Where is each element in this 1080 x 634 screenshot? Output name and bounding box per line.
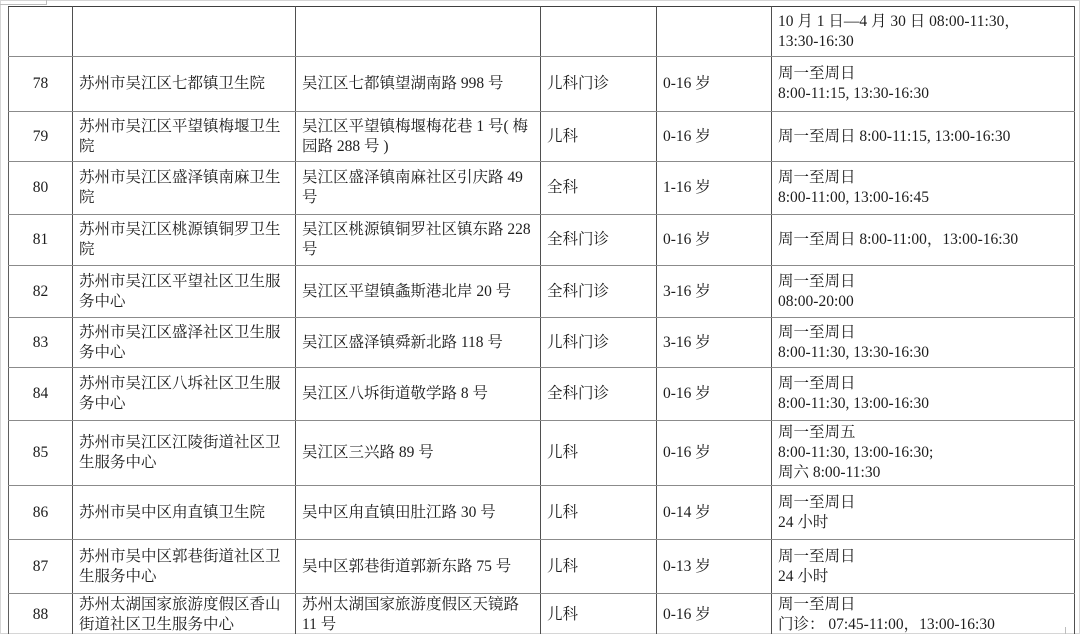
cell-no: 79 [9, 112, 73, 162]
cell-name: 苏州市吴江区盛泽社区卫生服务中心 [73, 318, 296, 368]
crop-artifact-top-left [0, 0, 47, 5]
cell-no: 84 [9, 368, 73, 421]
cell-department: 儿科门诊 [541, 318, 657, 368]
cell-address: 吴江区盛泽镇舜新北路 118 号 [296, 318, 541, 368]
cell-age: 1-16 岁 [657, 162, 772, 215]
cell-age: 0-13 岁 [657, 540, 772, 594]
cell-name: 苏州市吴江区平望社区卫生服务中心 [73, 266, 296, 318]
cell-no: 78 [9, 57, 73, 112]
cell-no: 82 [9, 266, 73, 318]
table-row: 79 苏州市吴江区平望镇梅堰卫生院 吴江区平望镇梅堰梅花巷 1 号( 梅园路 2… [9, 112, 1075, 162]
cell-department: 儿科 [541, 486, 657, 540]
cell-age: 0-16 岁 [657, 421, 772, 486]
cell-no: 83 [9, 318, 73, 368]
cell-name: 苏州太湖国家旅游度假区香山街道社区卫生服务中心 [73, 594, 296, 634]
cell-schedule: 周一至周日 8:00-11:00, 13:00-16:45 [772, 162, 1075, 215]
table-row: 82 苏州市吴江区平望社区卫生服务中心 吴江区平望镇螽斯港北岸 20 号 全科门… [9, 266, 1075, 318]
table-row: 80 苏州市吴江区盛泽镇南麻卫生院 吴江区盛泽镇南麻社区引庆路 49 号 全科 … [9, 162, 1075, 215]
cell-no: 80 [9, 162, 73, 215]
table-row: 87 苏州市吴中区郭巷街道社区卫生服务中心 吴中区郭巷街道郭新东路 75 号 儿… [9, 540, 1075, 594]
cell-age: 0-14 岁 [657, 486, 772, 540]
cell-name: 苏州市吴江区江陵街道社区卫生服务中心 [73, 421, 296, 486]
cell-address: 吴江区七都镇望湖南路 998 号 [296, 57, 541, 112]
cell-address [296, 7, 541, 57]
cell-department: 全科门诊 [541, 266, 657, 318]
cell-address: 吴中区郭巷街道郭新东路 75 号 [296, 540, 541, 594]
cell-name: 苏州市吴中区郭巷街道社区卫生服务中心 [73, 540, 296, 594]
cell-department: 儿科 [541, 540, 657, 594]
cell-address: 吴江区平望镇螽斯港北岸 20 号 [296, 266, 541, 318]
cell-department: 全科门诊 [541, 215, 657, 266]
cell-age: 0-16 岁 [657, 594, 772, 634]
cell-department: 儿科 [541, 594, 657, 634]
clinic-schedule-table: 10 月 1 日—4 月 30 日 08:00-11:30， 13:30-16:… [8, 6, 1075, 634]
cell-name: 苏州市吴江区八坼社区卫生服务中心 [73, 368, 296, 421]
table-row-partial: 10 月 1 日—4 月 30 日 08:00-11:30， 13:30-16:… [9, 7, 1075, 57]
cell-age: 0-16 岁 [657, 215, 772, 266]
table-row: 84 苏州市吴江区八坼社区卫生服务中心 吴江区八坼街道敬学路 8 号 全科门诊 … [9, 368, 1075, 421]
cell-address: 吴江区桃源镇铜罗社区镇东路 228 号 [296, 215, 541, 266]
cell-schedule: 周一至周五 8:00-11:30, 13:00-16:30; 周六 8:00-1… [772, 421, 1075, 486]
cell-schedule: 周一至周日 24 小时 [772, 486, 1075, 540]
cell-no [9, 7, 73, 57]
cell-age: 3-16 岁 [657, 318, 772, 368]
cell-schedule: 周一至周日 24 小时 [772, 540, 1075, 594]
cell-address: 吴江区三兴路 89 号 [296, 421, 541, 486]
cell-schedule: 周一至周日 8:00-11:30, 13:00-16:30 [772, 368, 1075, 421]
table-row: 88 苏州太湖国家旅游度假区香山街道社区卫生服务中心 苏州太湖国家旅游度假区天镜… [9, 594, 1075, 634]
cell-no: 81 [9, 215, 73, 266]
cell-schedule: 周一至周日 8:00-11:00，13:00-16:30 [772, 215, 1075, 266]
cell-department: 儿科 [541, 112, 657, 162]
cell-name: 苏州市吴江区平望镇梅堰卫生院 [73, 112, 296, 162]
cell-age: 0-16 岁 [657, 57, 772, 112]
cell-name: 苏州市吴江区桃源镇铜罗卫生院 [73, 215, 296, 266]
cell-department: 全科门诊 [541, 368, 657, 421]
cell-no: 88 [9, 594, 73, 634]
cell-name: 苏州市吴江区七都镇卫生院 [73, 57, 296, 112]
cell-schedule: 周一至周日 门诊： 07:45-11:00，13:00-16:30 [772, 594, 1075, 634]
clinic-table-body: 10 月 1 日—4 月 30 日 08:00-11:30， 13:30-16:… [9, 7, 1075, 634]
cell-department: 儿科门诊 [541, 57, 657, 112]
table-row: 86 苏州市吴中区甪直镇卫生院 吴中区甪直镇田肚江路 30 号 儿科 0-14 … [9, 486, 1075, 540]
cell-no: 86 [9, 486, 73, 540]
cell-schedule: 周一至周日 8:00-11:30, 13:30-16:30 [772, 318, 1075, 368]
cell-age: 0-16 岁 [657, 112, 772, 162]
cell-age [657, 7, 772, 57]
cell-age: 3-16 岁 [657, 266, 772, 318]
cell-address: 吴江区盛泽镇南麻社区引庆路 49 号 [296, 162, 541, 215]
cell-department: 全科 [541, 162, 657, 215]
cell-no: 87 [9, 540, 73, 594]
cell-name: 苏州市吴中区甪直镇卫生院 [73, 486, 296, 540]
table-row: 78 苏州市吴江区七都镇卫生院 吴江区七都镇望湖南路 998 号 儿科门诊 0-… [9, 57, 1075, 112]
cell-schedule: 周一至周日 8:00-11:15, 13:00-16:30 [772, 112, 1075, 162]
table-row: 85 苏州市吴江区江陵街道社区卫生服务中心 吴江区三兴路 89 号 儿科 0-1… [9, 421, 1075, 486]
cell-address: 吴江区平望镇梅堰梅花巷 1 号( 梅园路 288 号 ) [296, 112, 541, 162]
cell-address: 吴江区八坼街道敬学路 8 号 [296, 368, 541, 421]
cell-schedule: 10 月 1 日—4 月 30 日 08:00-11:30， 13:30-16:… [772, 7, 1075, 57]
cell-name [73, 7, 296, 57]
cell-schedule: 周一至周日 8:00-11:15, 13:30-16:30 [772, 57, 1075, 112]
cell-department [541, 7, 657, 57]
cell-no: 85 [9, 421, 73, 486]
cell-department: 儿科 [541, 421, 657, 486]
table-row: 81 苏州市吴江区桃源镇铜罗卫生院 吴江区桃源镇铜罗社区镇东路 228 号 全科… [9, 215, 1075, 266]
cell-age: 0-16 岁 [657, 368, 772, 421]
cell-name: 苏州市吴江区盛泽镇南麻卫生院 [73, 162, 296, 215]
cell-address: 苏州太湖国家旅游度假区天镜路 11 号 [296, 594, 541, 634]
table-row: 83 苏州市吴江区盛泽社区卫生服务中心 吴江区盛泽镇舜新北路 118 号 儿科门… [9, 318, 1075, 368]
cell-address: 吴中区甪直镇田肚江路 30 号 [296, 486, 541, 540]
cell-schedule: 周一至周日 08:00-20:00 [772, 266, 1075, 318]
